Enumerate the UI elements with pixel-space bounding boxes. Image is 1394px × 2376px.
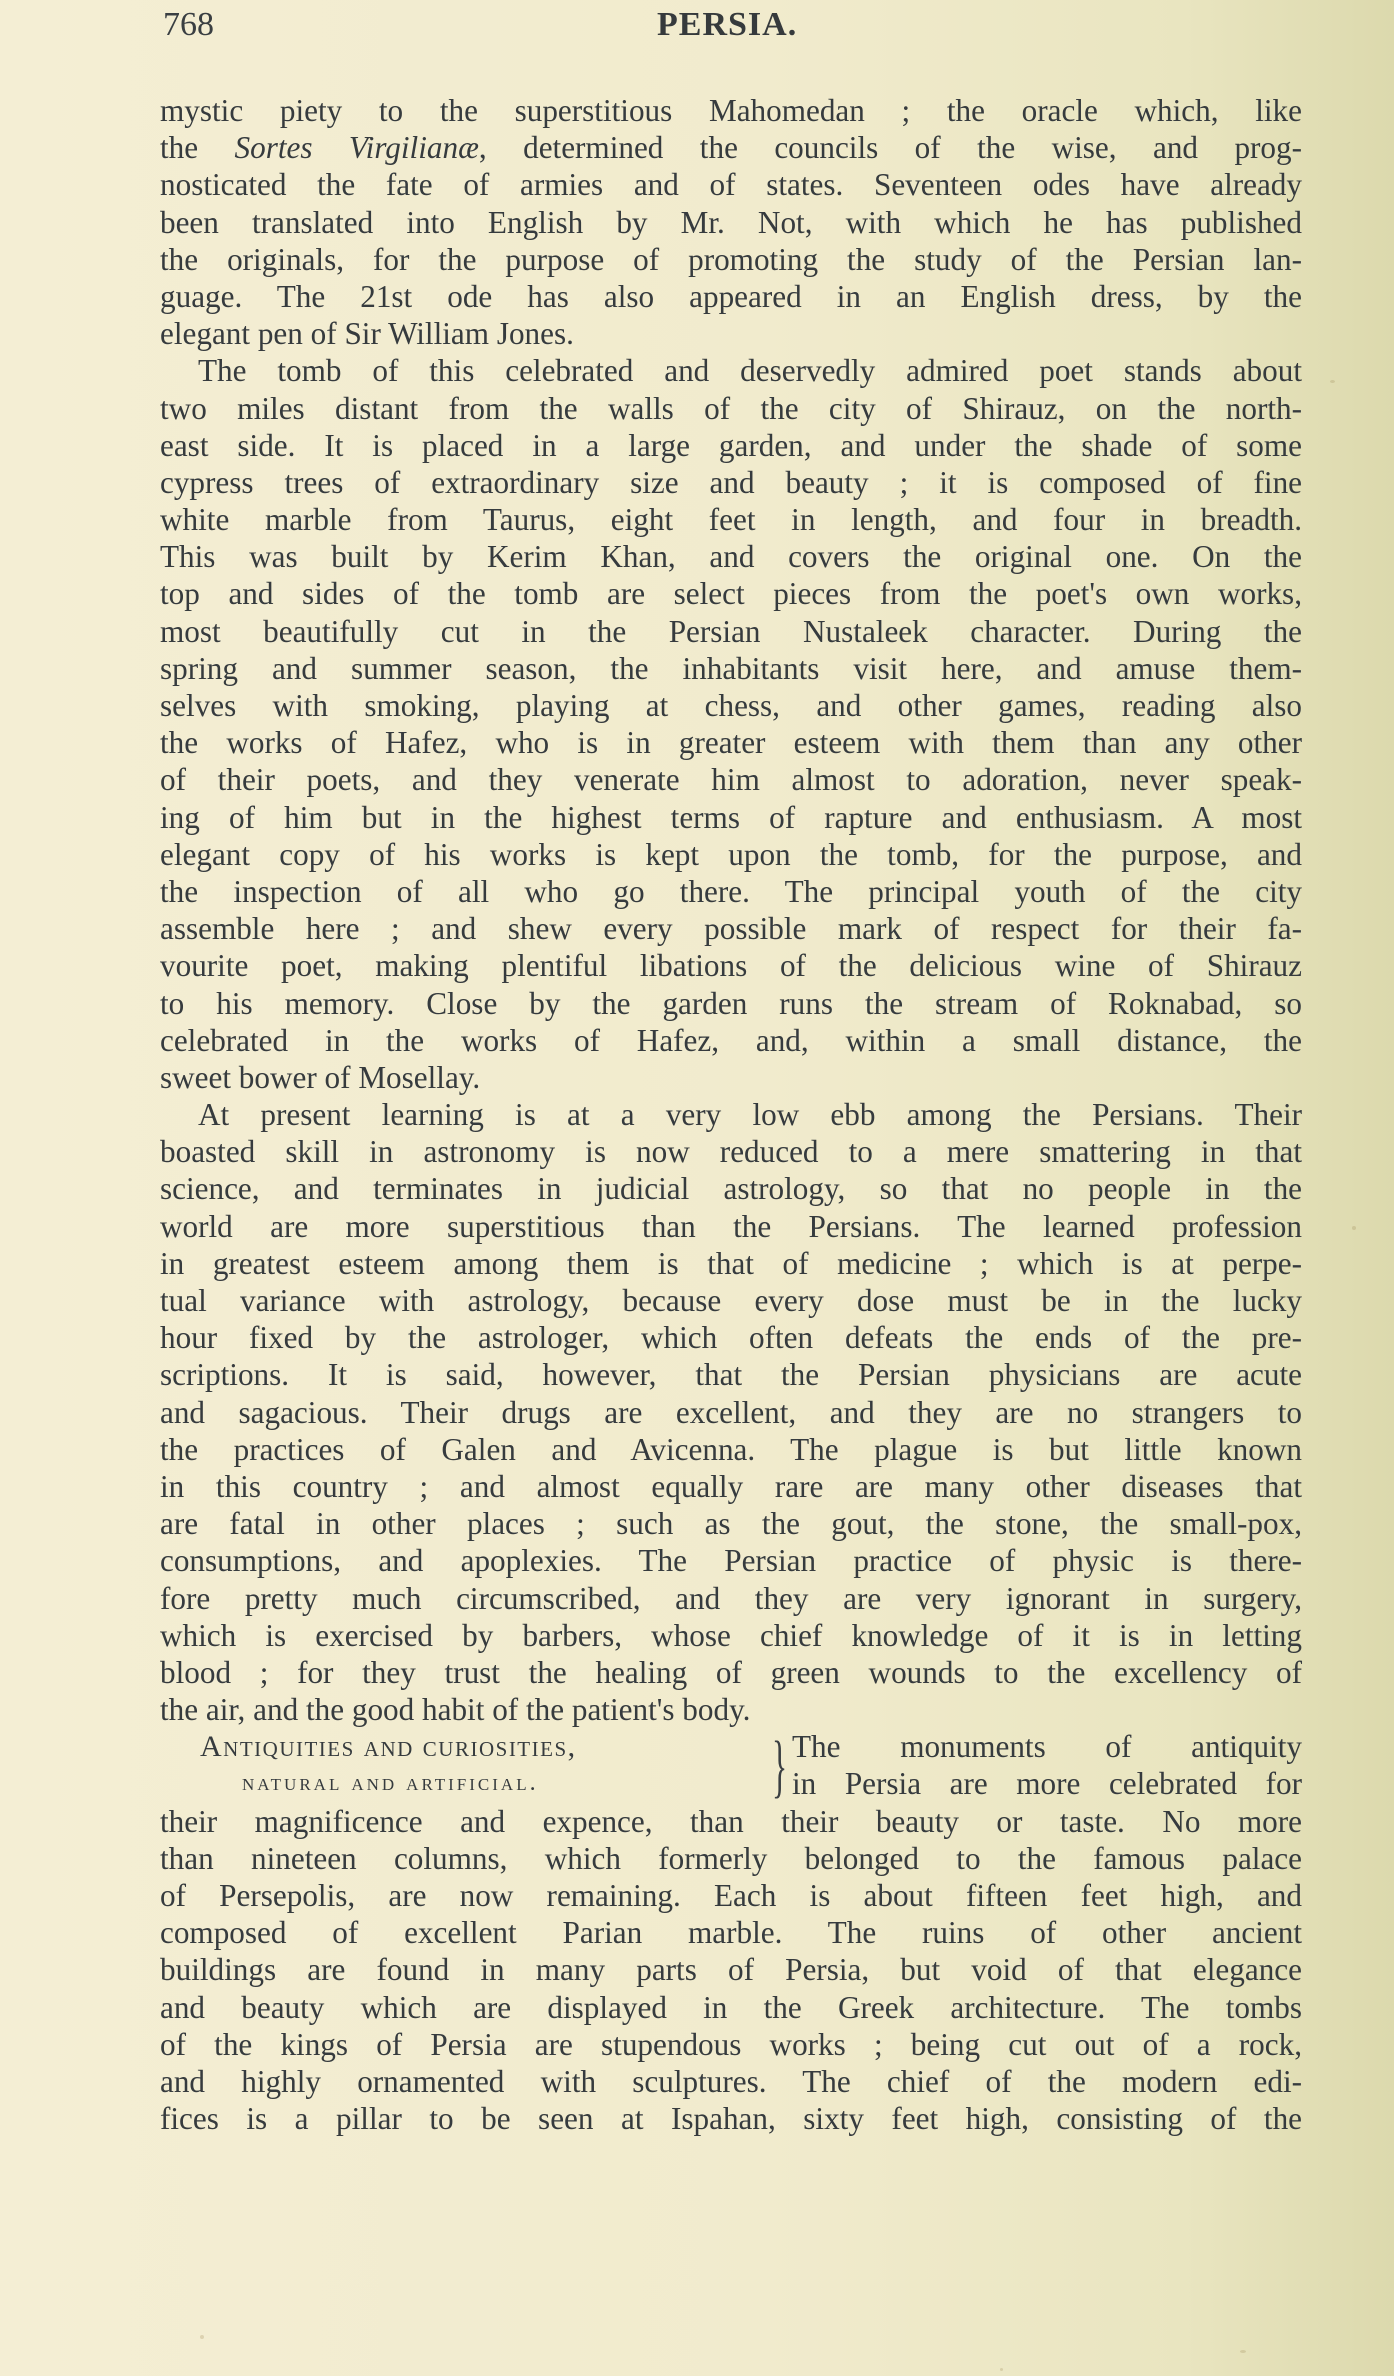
paper-speck [1000, 2368, 1003, 2371]
text-line: celebrated in the works of Hafez, and, w… [160, 1022, 1302, 1059]
section-antiquities: Antiquities and curiosities, natural and… [160, 1728, 1302, 1802]
text-line: the works of Hafez, who is in greater es… [160, 724, 1302, 761]
text-line: elegant pen of Sir William Jones. [160, 315, 1302, 352]
text-line: assemble here ; and shew every possible … [160, 910, 1302, 947]
text-line: fore pretty much circumscribed, and they… [160, 1580, 1302, 1617]
text-line: cypress trees of extraordinary size and … [160, 464, 1302, 501]
text-line: buildings are found in many parts of Per… [160, 1951, 1302, 1988]
text-line: composed of excellent Parian marble. The… [160, 1914, 1302, 1951]
section-heading-line-2: natural and artificial. [242, 1765, 539, 1802]
text-line: than nineteen columns, which formerly be… [160, 1840, 1302, 1877]
brace-glyph: } [772, 1732, 787, 1802]
section-side-text-1: The monuments of antiquity [792, 1728, 1302, 1765]
paragraph-tomb-of-hafez: The tomb of this celebrated and deserved… [160, 352, 1302, 1096]
text-line: the practices of Galen and Avicenna. The… [160, 1431, 1302, 1468]
paragraphs: mystic piety to the superstitious Mahome… [160, 92, 1302, 1728]
paragraph-learning-and-medicine: At present learning is at a very low ebb… [160, 1096, 1302, 1728]
text-line: the inspection of all who go there. The … [160, 873, 1302, 910]
running-head: 768 PERSIA. [163, 6, 1303, 56]
text-line: and highly ornamented with sculptures. T… [160, 2063, 1302, 2100]
text-line: and beauty which are displayed in the Gr… [160, 1989, 1302, 2026]
text-line: The tomb of this celebrated and deserved… [160, 352, 1302, 389]
italic-phrase: Sortes Virgilianæ [235, 130, 479, 165]
section-heading-line-1: Antiquities and curiosities, [200, 1728, 577, 1765]
text-line: spring and summer season, the inhabitant… [160, 650, 1302, 687]
text-line: their magnificence and expence, than the… [160, 1803, 1302, 1840]
text-line: science, and terminates in judicial astr… [160, 1170, 1302, 1207]
text-line: and sagacious. Their drugs are excellent… [160, 1394, 1302, 1431]
text-line: This was built by Kerim Khan, and covers… [160, 538, 1302, 575]
text-line: most beautifully cut in the Persian Nust… [160, 613, 1302, 650]
text-line: sweet bower of Mosellay. [160, 1059, 1302, 1096]
text-line: ing of him but in the highest terms of r… [160, 799, 1302, 836]
text-line: boasted skill in astronomy is now reduce… [160, 1133, 1302, 1170]
text-line: mystic piety to the superstitious Mahome… [160, 92, 1302, 129]
text-line: in this country ; and almost equally rar… [160, 1468, 1302, 1505]
text-line: been translated into English by Mr. Not,… [160, 204, 1302, 241]
paper-speck [1240, 2350, 1246, 2353]
paragraph-hafez-odes: mystic piety to the superstitious Mahome… [160, 92, 1302, 352]
text-line: to his memory. Close by the garden runs … [160, 985, 1302, 1022]
text-line: hour fixed by the astrologer, which ofte… [160, 1319, 1302, 1356]
text-line: tual variance with astrology, because ev… [160, 1282, 1302, 1319]
paper-speck [1352, 1226, 1356, 1230]
text-line: top and sides of the tomb are select pie… [160, 575, 1302, 612]
text-line: vourite poet, making plentiful libations… [160, 947, 1302, 984]
book-page: 768 PERSIA. mystic piety to the supersti… [0, 0, 1394, 2376]
section-continuation: their magnificence and expence, than the… [160, 1803, 1302, 2138]
text-line: east side. It is placed in a large garde… [160, 427, 1302, 464]
text-line: world are more superstitious than the Pe… [160, 1208, 1302, 1245]
text-line: selves with smoking, playing at chess, a… [160, 687, 1302, 724]
text-line: of Persepolis, are now remaining. Each i… [160, 1877, 1302, 1914]
text-line: are fatal in other places ; such as the … [160, 1505, 1302, 1542]
text-line: in greatest esteem among them is that of… [160, 1245, 1302, 1282]
running-title: PERSIA. [657, 6, 797, 44]
text-line: which is exercised by barbers, whose chi… [160, 1617, 1302, 1654]
body-text: mystic piety to the superstitious Mahome… [160, 92, 1302, 2137]
text-line: blood ; for they trust the healing of gr… [160, 1654, 1302, 1691]
section-side-text-2: in Persia are more celebrated for [792, 1765, 1302, 1802]
text-line: the originals, for the purpose of promot… [160, 241, 1302, 278]
paper-speck [200, 2335, 204, 2339]
text-line: consumptions, and apoplexies. The Persia… [160, 1542, 1302, 1579]
text-line: At present learning is at a very low ebb… [160, 1096, 1302, 1133]
text-line: nosticated the fate of armies and of sta… [160, 166, 1302, 203]
text-line: scriptions. It is said, however, that th… [160, 1356, 1302, 1393]
text-line: two miles distant from the walls of the … [160, 390, 1302, 427]
text-line: the air, and the good habit of the patie… [160, 1691, 1302, 1728]
text-line: white marble from Taurus, eight feet in … [160, 501, 1302, 538]
text-line: of the kings of Persia are stupendous wo… [160, 2026, 1302, 2063]
text-line: of their poets, and they venerate him al… [160, 761, 1302, 798]
text-line: the Sortes Virgilianæ, determined the co… [160, 129, 1302, 166]
text-line: elegant copy of his works is kept upon t… [160, 836, 1302, 873]
text-line: guage. The 21st ode has also appeared in… [160, 278, 1302, 315]
page-number: 768 [163, 6, 214, 44]
paper-speck [1330, 380, 1335, 383]
text-line: fices is a pillar to be seen at Ispahan,… [160, 2100, 1302, 2137]
